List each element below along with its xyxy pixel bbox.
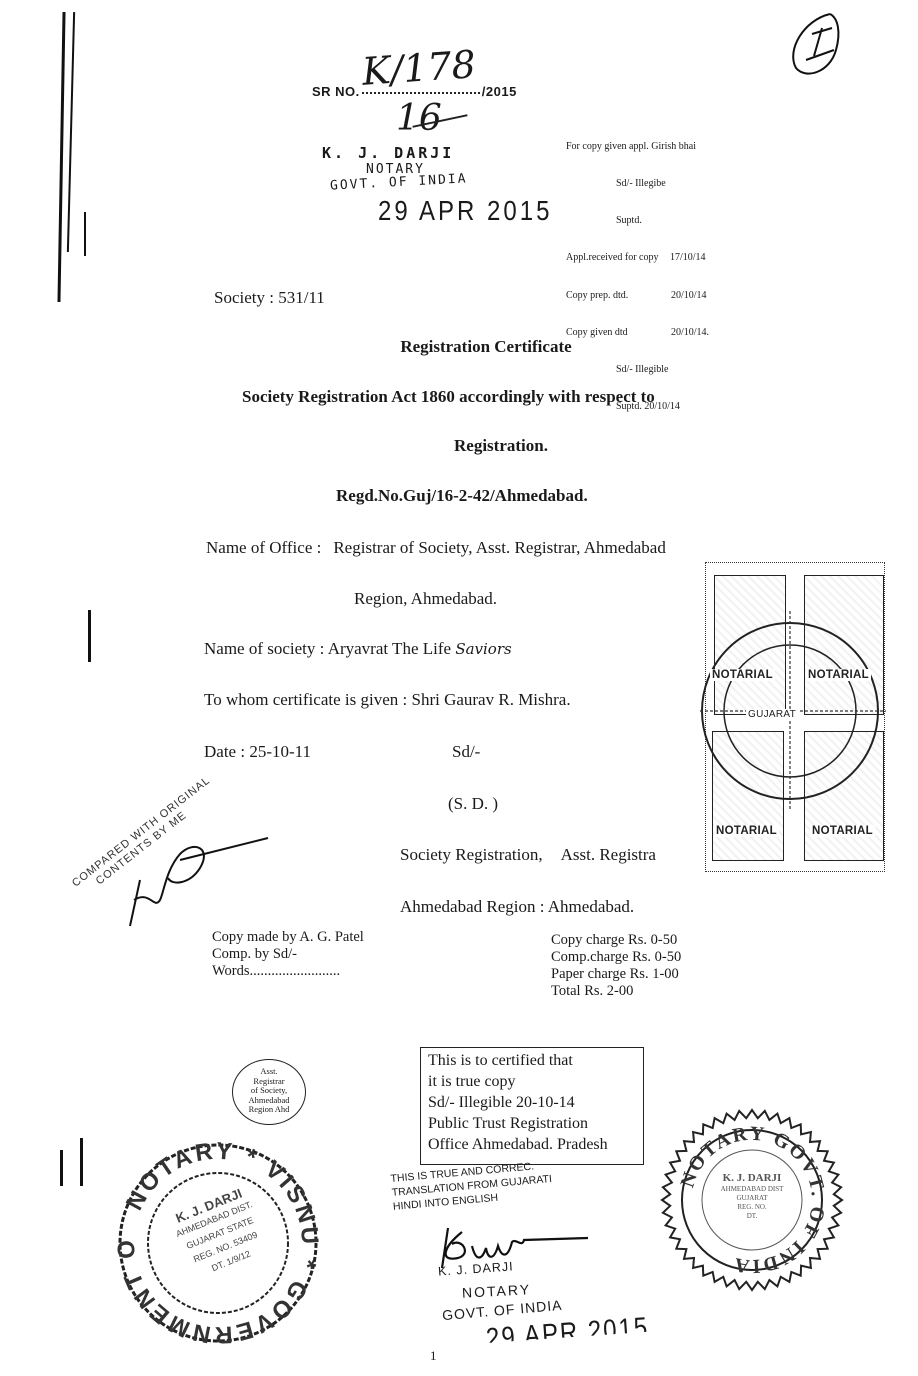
certified-true-copy-box: This is to certified that it is true cop… — [420, 1047, 644, 1165]
notary-round-seal-left: NOTARY * VISNU * GOVERNMENT OF K. J. DAR… — [108, 1138, 328, 1348]
copy-info-block: For copy given appl. Girish bhai Sd/- Il… — [566, 116, 709, 426]
word-count: Words......................... — [212, 963, 364, 980]
recipient-field: To whom certificate is given : Shri Gaur… — [204, 690, 571, 710]
recipient-label: To whom certificate is given : — [204, 690, 407, 709]
margin-mark — [88, 610, 91, 662]
copy-info-row: Copy prep. dtd.20/10/14 — [566, 290, 709, 302]
margin-mark — [80, 1138, 83, 1186]
notarial-center-text: GUJARAT — [746, 709, 798, 720]
seal-inner-text: K. J. DARJI AHMEDABAD DIST GUJARAT REG. … — [708, 1172, 796, 1221]
copy-made-block: Copy made by A. G. Patel Comp. by Sd/- W… — [212, 929, 364, 980]
society-value-handwritten: Saviors — [455, 640, 511, 658]
margin-mark — [84, 212, 86, 256]
notarial-label: NOTARIAL — [806, 669, 871, 681]
notarial-label: NOTARIAL — [714, 825, 779, 837]
notary-round-seal-right: NOTARY GOVT. OF INDIA K. J. DARJI AHMEDA… — [660, 1108, 844, 1292]
society-number: Society : 531/11 — [214, 288, 325, 308]
signatory-title: Asst. Registra — [561, 845, 656, 864]
act-line: Society Registration Act 1860 accordingl… — [242, 387, 655, 407]
compared-by: Comp. by Sd/- — [212, 946, 364, 963]
registration-number: Regd.No.Guj/16-2-42/Ahmedabad. — [336, 486, 588, 506]
copy-info-line: For copy given appl. Girish bhai — [566, 141, 709, 153]
signatory-line: Society Registration,Asst. Registra — [400, 845, 656, 865]
binding-edge-line — [57, 12, 65, 302]
notarial-label: NOTARIAL — [810, 825, 875, 837]
charge-line: Comp.charge Rs. 0-50 — [551, 949, 681, 966]
circled-number-mark — [786, 10, 844, 78]
charge-line: Total Rs. 2-00 — [551, 983, 681, 1000]
signature-scribble — [120, 830, 270, 940]
sr-no-line: SR NO./2015 — [312, 84, 517, 99]
signed-mark: Sd/- — [452, 742, 480, 762]
copy-info-line: Sd/- Illegible — [566, 364, 709, 376]
certified-line: Sd/- Illegible 20-10-14 — [428, 1092, 643, 1113]
certificate-title: Registration Certificate — [0, 337, 918, 357]
margin-mark — [60, 1150, 63, 1186]
notary-name: K. J. DARJI — [322, 144, 454, 162]
signed-initials: (S. D. ) — [448, 794, 498, 814]
charge-line: Paper charge Rs. 1-00 — [551, 966, 681, 983]
page-ref-handwritten: 16 — [396, 98, 442, 139]
sr-no-label: SR NO. — [312, 84, 360, 99]
society-value: Aryavrat The Life — [328, 639, 456, 658]
office-value-cont: Region, Ahmedabad. — [354, 589, 497, 609]
society-name-field: Name of society : Aryavrat The Life Savi… — [204, 639, 512, 659]
copy-made-by: Copy made by A. G. Patel — [212, 929, 364, 946]
notary-govt: GOVT. OF INDIA — [330, 171, 468, 193]
notarial-label: NOTARIAL — [710, 669, 775, 681]
translation-date-stamp: 29 APR 2015 — [485, 1312, 650, 1357]
certified-line: Public Trust Registration — [428, 1113, 643, 1134]
notary-date-stamp: 29 APR 2015 — [378, 196, 552, 228]
office-label: Name of Office : — [206, 538, 321, 557]
charges-block: Copy charge Rs. 0-50 Comp.charge Rs. 0-5… — [551, 932, 681, 1000]
society-label: Name of society : — [204, 639, 324, 658]
binding-edge-line-thin — [67, 12, 75, 252]
translation-notary-title: NOTARY — [462, 1281, 532, 1301]
office-value: Registrar of Society, Asst. Registrar, A… — [333, 538, 666, 557]
recipient-value: Shri Gaurav R. Mishra. — [411, 690, 570, 709]
copy-info-line: Suptd. — [566, 215, 709, 227]
certified-line: Office Ahmedabad. Pradesh — [428, 1134, 643, 1155]
sr-no-year: /2015 — [482, 84, 517, 99]
copy-info-line: Sd/- Illegibe — [566, 178, 709, 190]
page-number: 1 — [430, 1348, 437, 1364]
signatory-office: Society Registration, — [400, 845, 543, 864]
translation-stamp: THIS IS TRUE AND CORREC. TRANSLATION FRO… — [390, 1158, 554, 1214]
certified-line: it is true copy — [428, 1071, 643, 1092]
issue-date: Date : 25-10-11 — [204, 742, 311, 762]
office-field: Name of Office :Registrar of Society, As… — [206, 538, 666, 558]
certified-line: This is to certified that — [428, 1050, 643, 1071]
notarial-stamp-sheet: NOTARIAL NOTARIAL NOTARIAL NOTARIAL GUJA… — [705, 562, 885, 872]
charge-line: Copy charge Rs. 0-50 — [551, 932, 681, 949]
registration-line: Registration. — [454, 436, 548, 456]
copy-info-row: Appl.received for copy17/10/14 — [566, 252, 709, 264]
registrar-oval-seal: Asst. Registrar of Society, Ahmedabad Re… — [232, 1059, 306, 1125]
signatory-region: Ahmedabad Region : Ahmedabad. — [400, 897, 634, 917]
